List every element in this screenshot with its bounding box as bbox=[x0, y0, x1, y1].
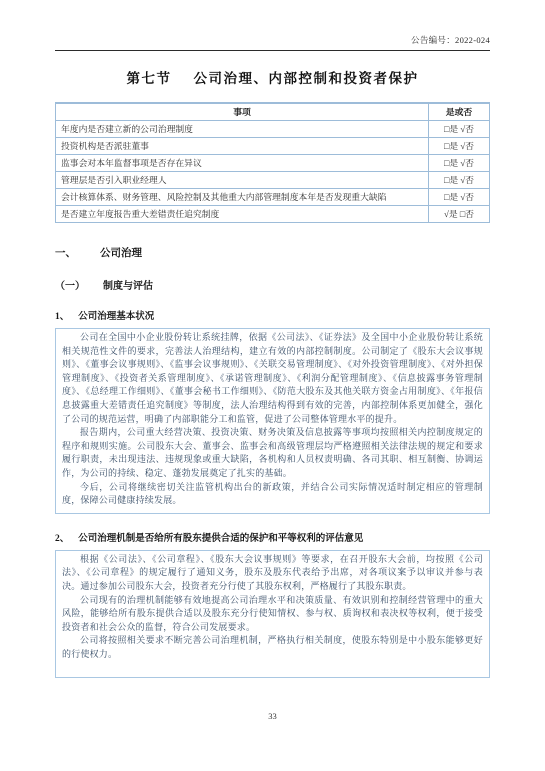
table-row: 管理层是否引入职业经理人 □是 √否 bbox=[56, 172, 490, 189]
table-row: 监事会对本年监督事项是否存在异议 □是 √否 bbox=[56, 155, 490, 172]
heading-number: （一） bbox=[55, 281, 85, 292]
heading-level3-shareholder-protection-evaluation: 2、公司治理机制是否给所有股东提供合适的保护和平等权利的评估意见 bbox=[55, 530, 490, 544]
item-cell: 管理层是否引入职业经理人 bbox=[56, 172, 429, 189]
paragraph: 公司在全国中小企业股份转让系统挂牌，依据《公司法》、《证券法》及全国中小企业股份… bbox=[62, 331, 483, 426]
heading-level2-system-and-evaluation: （一）制度与评估 bbox=[55, 277, 490, 292]
section-title-text: 公司治理、内部控制和投资者保护 bbox=[194, 71, 419, 86]
table-row: 是否建立年度报告重大差错责任追究制度 √是 □否 bbox=[56, 206, 490, 223]
answer-cell: □是 √否 bbox=[429, 121, 490, 138]
item-cell: 监事会对本年监督事项是否存在异议 bbox=[56, 155, 429, 172]
heading-text: 公司治理基本状况 bbox=[78, 312, 154, 322]
heading-number: 1、 bbox=[55, 312, 69, 322]
item-cell: 年度内是否建立新的公司治理制度 bbox=[56, 121, 429, 138]
table-header-row: 事项 是或否 bbox=[56, 103, 490, 121]
answer-cell: □是 √否 bbox=[429, 155, 490, 172]
table-row: 会计核算体系、财务管理、风险控制及其他重大内部管理制度本年是否发现重大缺陷 □是… bbox=[56, 189, 490, 206]
governance-checklist-table: 事项 是或否 年度内是否建立新的公司治理制度 □是 √否 投资机构是否派驻董事 … bbox=[55, 102, 490, 223]
page-number: 33 bbox=[0, 711, 545, 721]
answer-cell: √是 □否 bbox=[429, 206, 490, 223]
highlighted-text-box-shareholder-protection: 根据《公司法》、《公司章程》、《股东大会议事规则》等要求，在召开股东大会前，均按… bbox=[55, 550, 490, 679]
answer-cell: □是 √否 bbox=[429, 189, 490, 206]
heading-text: 公司治理机制是否给所有股东提供合适的保护和平等权利的评估意见 bbox=[78, 534, 363, 544]
answer-cell: □是 √否 bbox=[429, 138, 490, 155]
section-number: 第七节 bbox=[127, 71, 172, 86]
heading-level3-governance-basic-status: 1、公司治理基本状况 bbox=[55, 308, 490, 322]
heading-text: 制度与评估 bbox=[103, 281, 153, 292]
paragraph: 今后，公司将继续密切关注监管机构出台的新政策，并结合公司实际情况适时制定相应的管… bbox=[62, 481, 483, 508]
answer-cell: □是 √否 bbox=[429, 172, 490, 189]
header-divider bbox=[55, 50, 490, 51]
column-header-answer: 是或否 bbox=[429, 103, 490, 121]
page-title: 第七节公司治理、内部控制和投资者保护 bbox=[55, 67, 490, 87]
heading-number: 一、 bbox=[55, 248, 76, 259]
paragraph: 公司将按照相关要求不断完善公司治理机制，严格执行相关制度，使股东特别是中小股东能… bbox=[62, 634, 483, 661]
table-row: 投资机构是否派驻董事 □是 √否 bbox=[56, 138, 490, 155]
table-row: 年度内是否建立新的公司治理制度 □是 √否 bbox=[56, 121, 490, 138]
item-cell: 投资机构是否派驻董事 bbox=[56, 138, 429, 155]
paragraph: 根据《公司法》、《公司章程》、《股东大会议事规则》等要求，在召开股东大会前，均按… bbox=[62, 553, 483, 594]
heading-level1-corporate-governance: 一、公司治理 bbox=[55, 245, 490, 260]
highlighted-text-box-governance-status: 公司在全国中小企业股份转让系统挂牌，依据《公司法》、《证券法》及全国中小企业股份… bbox=[55, 328, 490, 514]
heading-number: 2、 bbox=[55, 534, 69, 544]
item-cell: 是否建立年度报告重大差错责任追究制度 bbox=[56, 206, 429, 223]
announcement-number: 公告编号：2022-024 bbox=[55, 34, 490, 50]
paragraph: 公司现有的治理机制能够有效地提高公司治理水平和决策质量、有效识别和控制经营管理中… bbox=[62, 594, 483, 635]
heading-text: 公司治理 bbox=[100, 248, 142, 259]
document-page: 公告编号：2022-024 第七节公司治理、内部控制和投资者保护 事项 是或否 … bbox=[0, 0, 545, 678]
column-header-item: 事项 bbox=[56, 103, 429, 121]
item-cell: 会计核算体系、财务管理、风险控制及其他重大内部管理制度本年是否发现重大缺陷 bbox=[56, 189, 429, 206]
paragraph: 报告期内，公司重大经营决策、投资决策、财务决策及信息披露等事项均按照相关内控制度… bbox=[62, 426, 483, 480]
